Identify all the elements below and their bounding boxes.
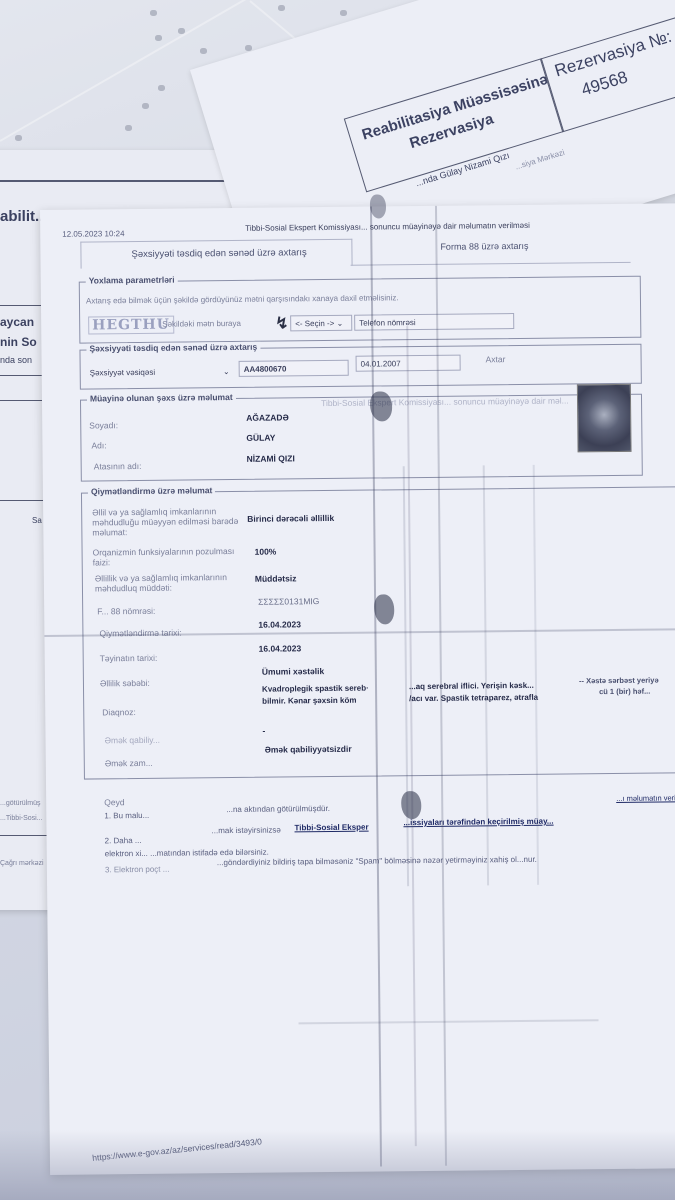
work-capacity-label: Əmək qabiliy... [105, 735, 160, 746]
ink-smudge [370, 391, 392, 421]
disability-cause-label: Əllilik səbəbi: [100, 678, 150, 689]
fabric-dot [340, 10, 347, 16]
verification-section: Yoxlama parametrləri Axtarış edə bilmək … [79, 276, 642, 344]
diagnosis-side-note-2: cü 1 (bir) həf... [599, 687, 650, 697]
note-1-link[interactable]: ...ı məlumatın verilmə [616, 793, 675, 803]
left-fragment: ...götürülmüş [0, 800, 40, 807]
diagnosis-label: Diaqnoz: [102, 707, 136, 717]
printed-document: 12.05.2023 10:24 Tibbi-Sosial Ekspert Ko… [40, 203, 675, 1175]
fabric-dot [200, 48, 207, 54]
chevron-down-icon: ⌄ [223, 364, 230, 380]
patronymic-label: Atasının adı: [94, 461, 142, 471]
refresh-arrows-icon[interactable]: ↯ [275, 313, 289, 333]
notes-heading: Qeyd [104, 797, 124, 807]
note-2-start: 2. Daha ... [105, 836, 142, 845]
note-1-start: 1. Bu malu... [104, 811, 149, 820]
left-fragment: aycan [0, 315, 34, 329]
left-fragment: nda son [0, 355, 32, 365]
phone-input[interactable]: Telefon nömrəsi [354, 313, 514, 331]
diagnosis-line2-b: /acı var. Spastik tetraparez, ətrafla [409, 693, 538, 703]
search-button[interactable]: Axtar [486, 354, 506, 364]
faded-note: Tibbi-Sosial Ekspert Komissiyası... sonu… [321, 395, 569, 408]
left-fragment: nin So [0, 335, 37, 349]
assignment-date-value: 16.04.2023 [259, 643, 302, 653]
print-timestamp: 12.05.2023 10:24 [62, 229, 124, 239]
note-2-middle: ...mak istəyirsinizsə [211, 826, 280, 836]
fabric-dot [142, 103, 149, 109]
name-label: Adı: [91, 440, 106, 450]
fabric-dot [155, 35, 162, 41]
work-loss-value: Əmək qabiliyyətsizdir [265, 744, 352, 755]
surname-value: AĞAZADƏ [246, 412, 289, 422]
ink-smudge [374, 594, 394, 624]
doc-type-value: Şəxsiyyət vəsiqəsi [90, 368, 155, 378]
diagnosis-side-note-1: -- Xəstə sərbəst yeriyə [579, 676, 659, 686]
surname-label: Soyadı: [89, 420, 118, 430]
select-placeholder: <- Seçin -> [295, 319, 334, 328]
duration-value: Müddətsiz [255, 573, 297, 583]
duration-label: Əllillik və ya sağlamlıq imkanlarının mə… [95, 572, 245, 594]
document-header-title: Tibbi-Sosial Ekspert Komissiyası... sonu… [245, 221, 530, 233]
tab-form88-label: Forma 88 üzrə axtarış [440, 241, 528, 252]
person-legend: Müayinə olunan şəxs üzrə məlumat [87, 392, 236, 404]
fabric-dot [15, 135, 22, 141]
country-code-select[interactable]: <- Seçin -> ⌄ [290, 315, 352, 332]
diagnosis-line1-b: ...aq serebral iflici. Yerişin kəsk... [409, 681, 534, 691]
disability-info-value: Birinci dərəcəli əllillik [247, 513, 334, 524]
disability-info-label: Əllil və ya sağlamlıq imkanlarının məhdu… [92, 506, 242, 538]
work-capacity-value: - [262, 726, 265, 736]
tab-id-document-label: Şəxsiyyəti təsdiq edən sənəd üzrə axtarı… [131, 247, 306, 260]
form88-number-value: ƩƩƩƩƩ0131MIG [258, 596, 319, 607]
examinations-link[interactable]: ...issiyaları tərəfindən keçirilmiş müay… [403, 817, 553, 828]
verification-legend: Yoxlama parametrləri [86, 275, 178, 286]
captcha-input[interactable]: Şəkildəki mətn buraya [158, 316, 273, 333]
diagnosis-line1-a: Kvadroplegik spastik sereb· [262, 684, 369, 694]
assessment-date-value: 16.04.2023 [258, 619, 301, 629]
function-loss-value: 100% [255, 547, 277, 557]
tab-form88[interactable]: Forma 88 üzrə axtarış [350, 236, 630, 266]
id-search-legend: Şəxsiyyəti təsdiq edən sənəd üzrə axtarı… [86, 342, 260, 354]
chevron-down-icon: ⌄ [337, 319, 344, 328]
note-1-end: ...na aktından götürülmüşdür. [226, 804, 330, 814]
left-fragment: Çağrı mərkəzi [0, 860, 44, 867]
fabric-dot [278, 5, 285, 11]
note-2-end: elektron xi... ...matından istifadə edə … [105, 848, 269, 859]
person-photo [577, 384, 632, 453]
left-fragment: Sa [32, 516, 42, 525]
name-value: GÜLAY [246, 433, 275, 443]
function-loss-label: Orqanizmin funksiyalarının pozulması fai… [93, 546, 243, 568]
work-loss-label: Əmək zam... [105, 758, 153, 769]
doc-number-input[interactable]: AA4800670 [239, 360, 349, 377]
note-3-start: 3. Elektron poçt ... [105, 865, 170, 875]
diagnosis-line2-a: bilmir. Kənar şəxsin köm [262, 696, 356, 706]
fabric-dot [150, 10, 157, 16]
person-section: Müayinə olunan şəxs üzrə məlumat Tibbi-S… [80, 394, 643, 482]
bottom-shadow [0, 1130, 675, 1200]
patronymic-value: NİZAMİ QIZI [247, 453, 295, 464]
tsek-link[interactable]: Tibbi-Sosial Eksper [294, 823, 368, 833]
tab-id-document[interactable]: Şəxsiyyəti təsdiq edən sənəd üzrə axtarı… [80, 239, 352, 269]
form88-number-label: F... 88 nömrəsi: [97, 606, 155, 617]
left-fragment: ...Tibbi-Sosi... [0, 815, 43, 822]
ink-smudge [370, 194, 386, 218]
doc-type-select[interactable]: Şəxsiyyət vəsiqəsi⌄ [85, 363, 235, 381]
assessment-legend: Qiymətləndirmə üzrə məlumat [88, 485, 216, 496]
fold-crease [299, 1019, 599, 1024]
fabric-dot [158, 85, 165, 91]
id-search-section: Şəxsiyyəti təsdiq edən sənəd üzrə axtarı… [79, 344, 641, 390]
verification-instruction: Axtarış edə bilmək üçün şəkildə gördüyün… [86, 293, 399, 305]
disability-cause-value: Ümumi xəstəlik [262, 666, 324, 677]
ink-smudge [401, 791, 421, 819]
fabric-dot [125, 125, 132, 131]
assignment-date-label: Təyinatın tarixi: [100, 653, 158, 664]
